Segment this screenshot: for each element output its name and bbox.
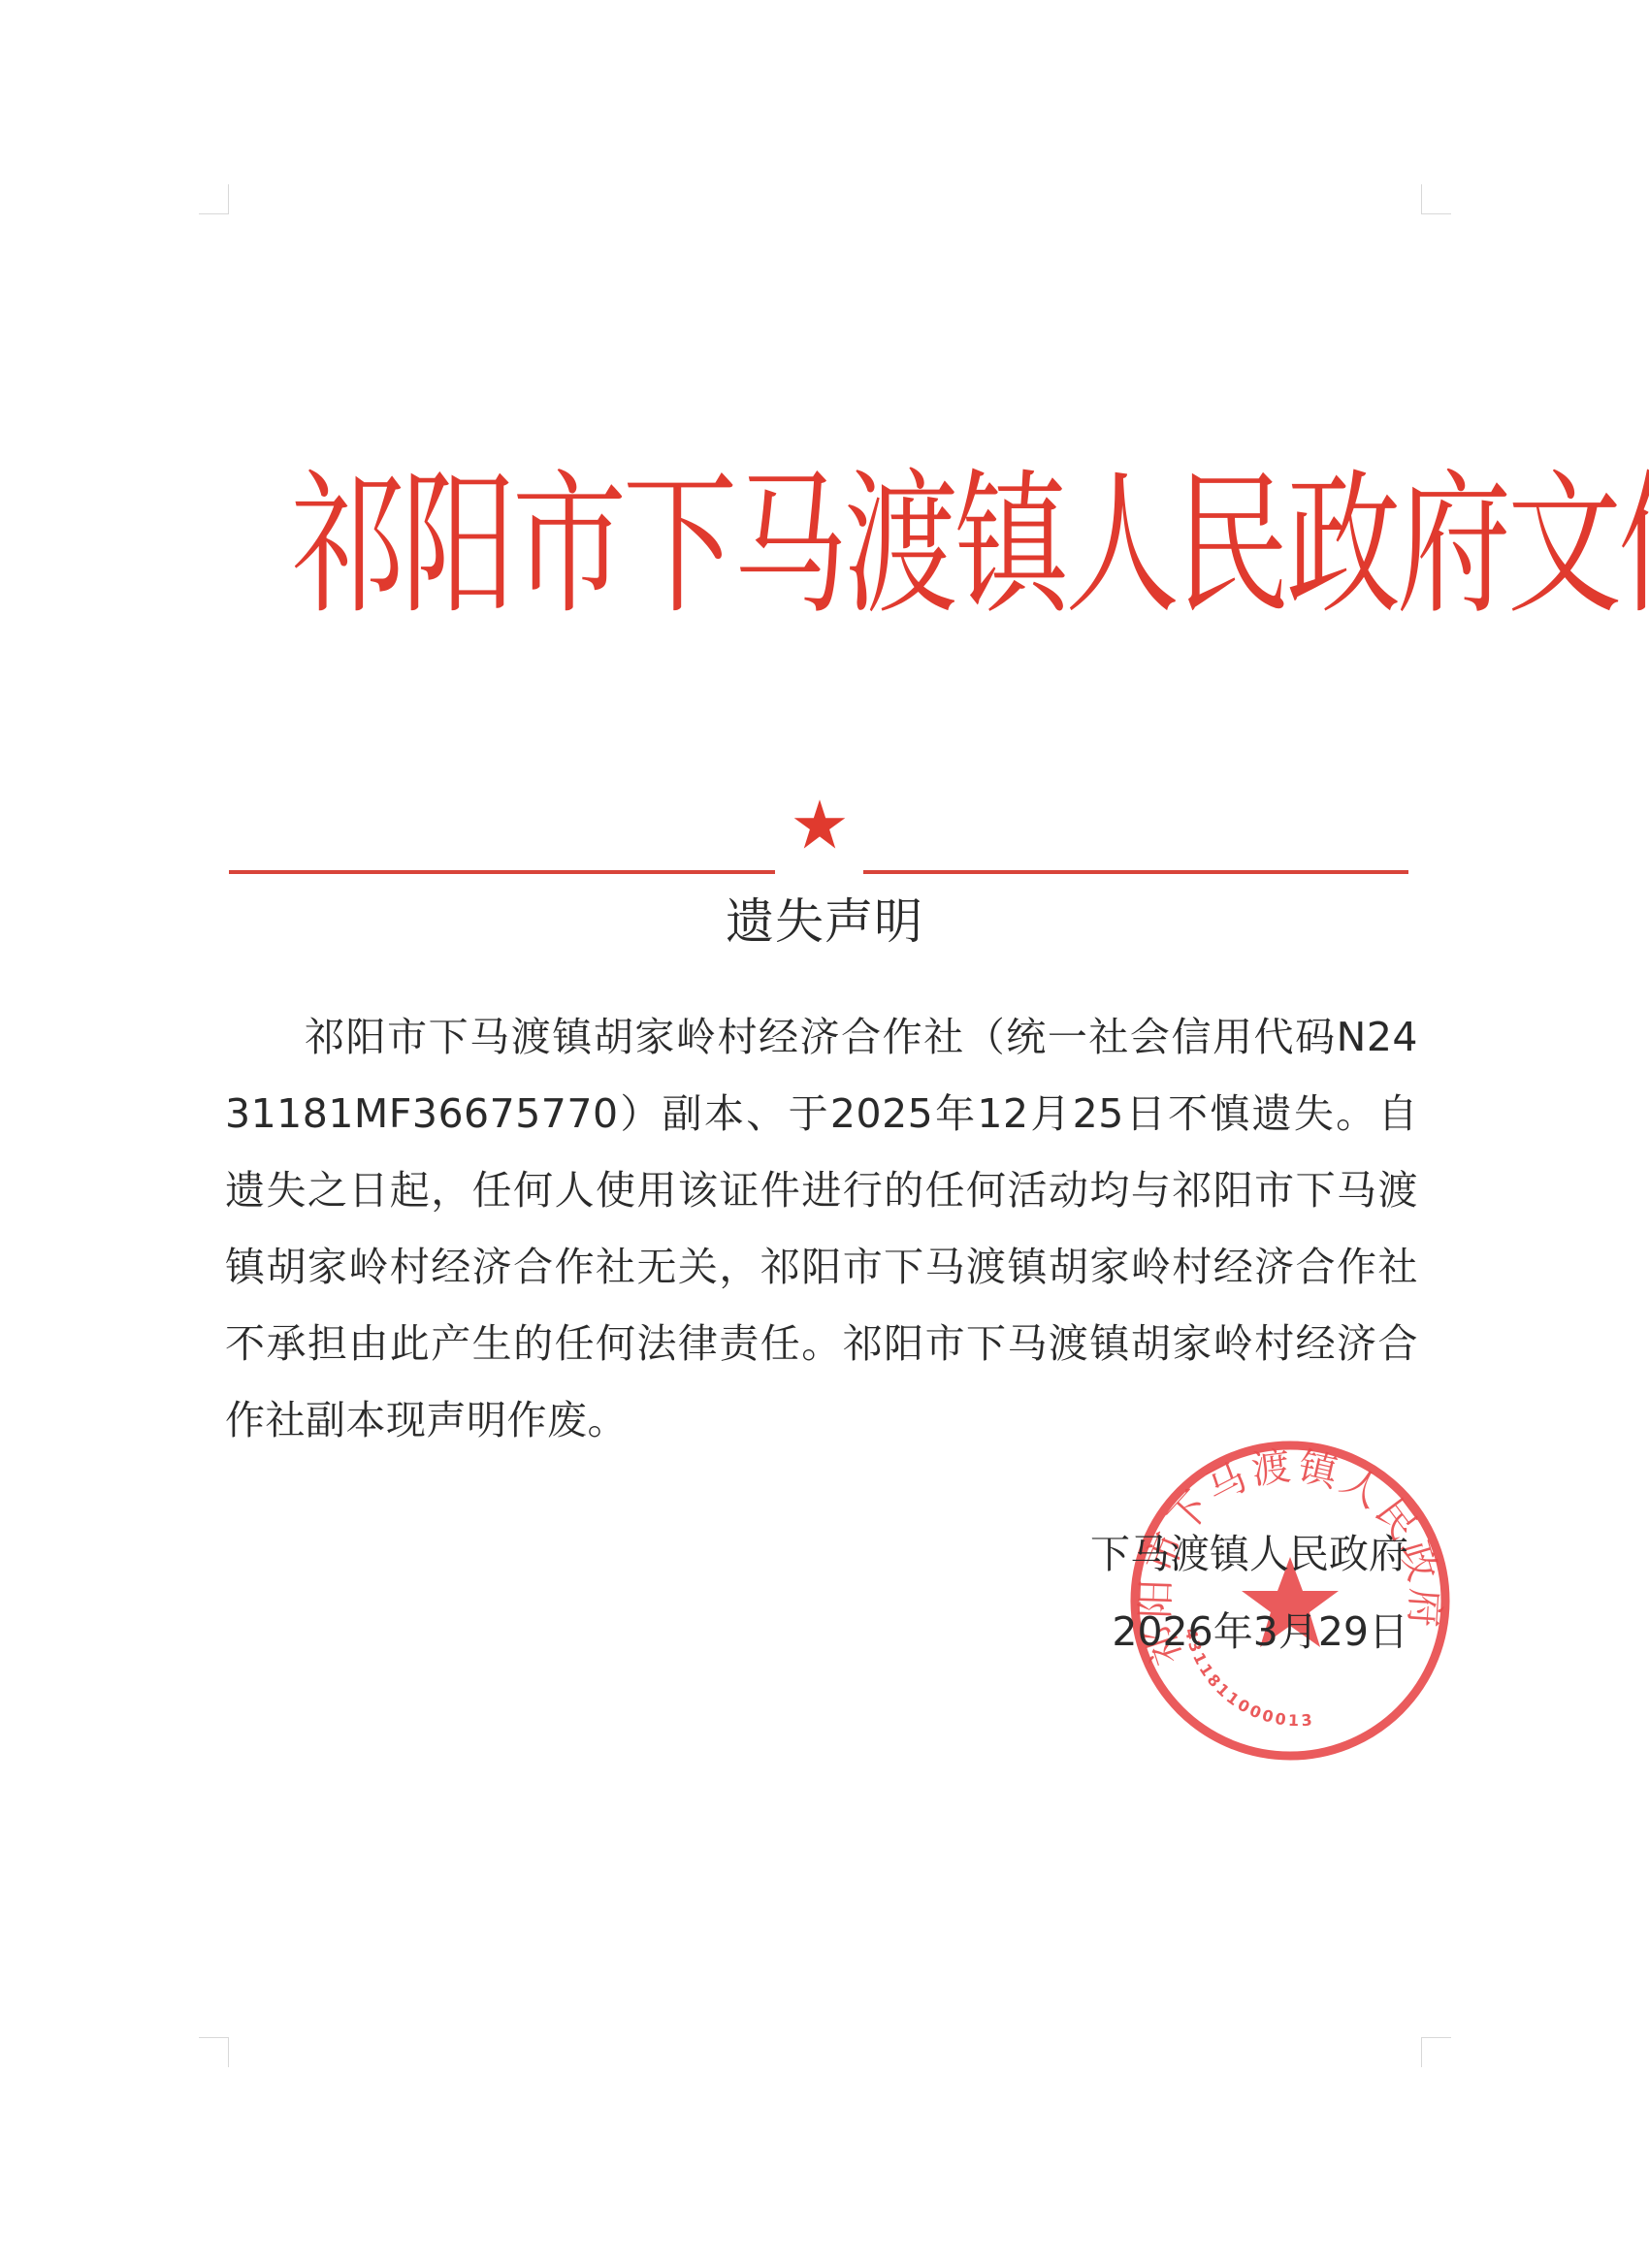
- header-divider-left: [229, 870, 775, 874]
- crop-mark-top-right: [1421, 184, 1451, 214]
- notice-title: 遗失声明: [0, 888, 1649, 956]
- crop-mark-bottom-right: [1421, 2037, 1451, 2067]
- signature-organization: 下马渡镇人民政府: [1090, 1525, 1408, 1583]
- official-seal: 祁阳市下马渡镇人民政府 4311811000013: [1125, 1436, 1455, 1766]
- document-header-title: 祁阳市下马渡镇人民政府文件: [291, 427, 1358, 663]
- notice-body: 祁阳市下马渡镇胡家岭村经济合作社（统一社会信用代码N2431181MF36675…: [225, 999, 1418, 1459]
- header-divider-right: [863, 870, 1408, 874]
- crop-mark-top-left: [199, 184, 229, 214]
- star-icon: [792, 797, 847, 852]
- signature-date: 2026年3月29日: [1112, 1603, 1408, 1661]
- crop-mark-bottom-left: [199, 2037, 229, 2067]
